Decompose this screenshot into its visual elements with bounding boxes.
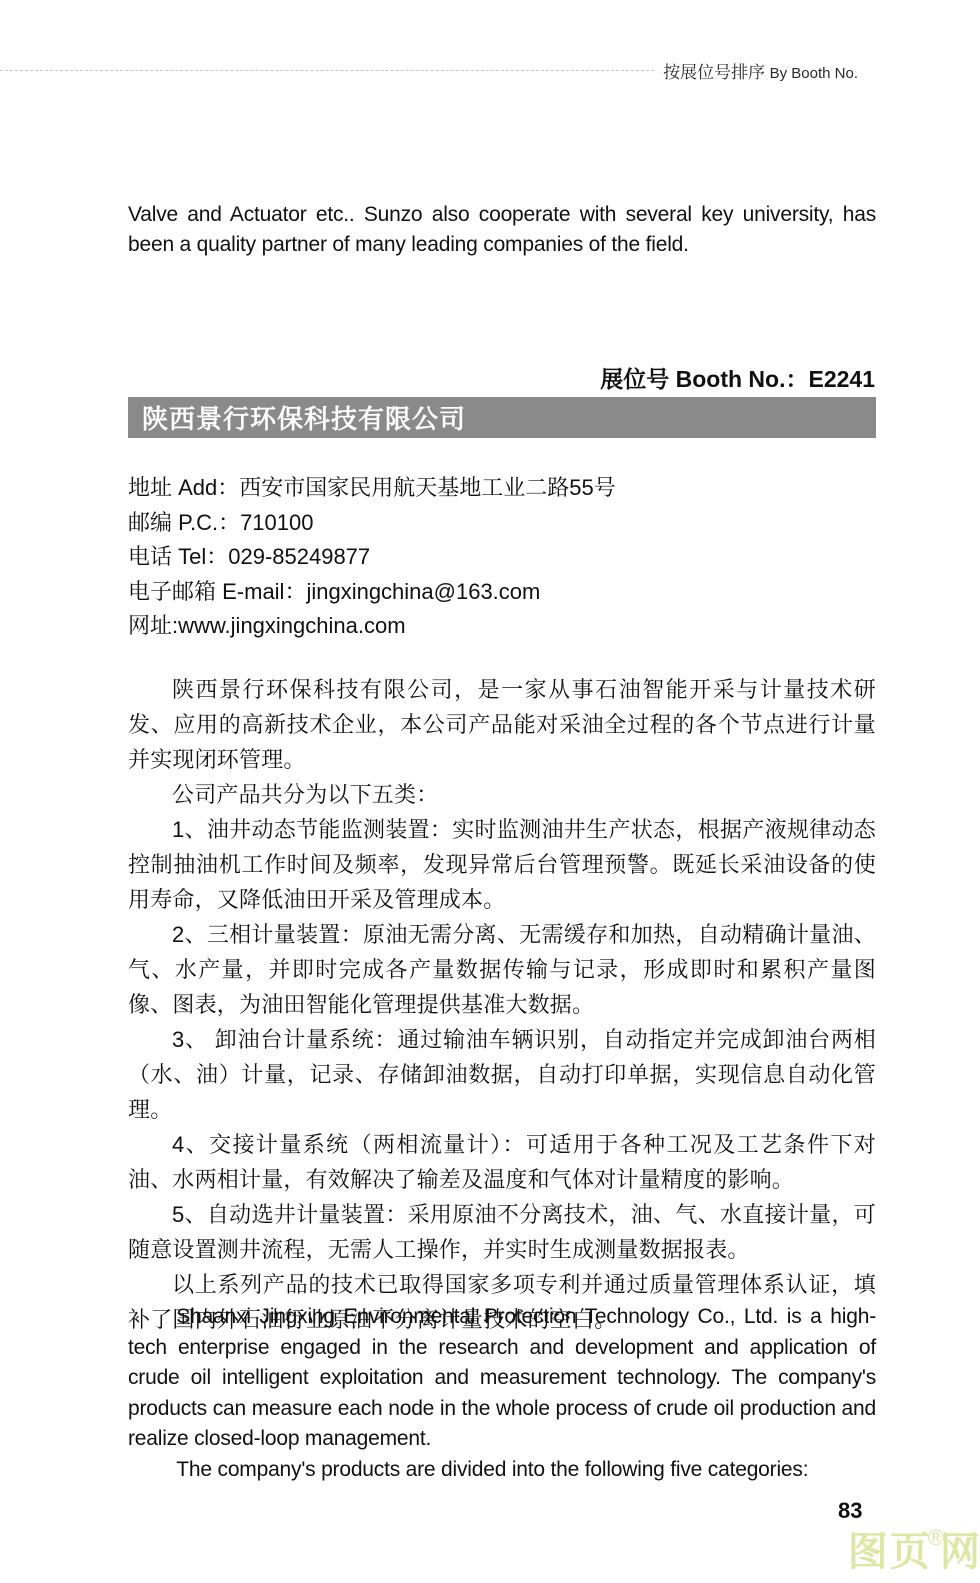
booth-number-value: E2241 bbox=[808, 366, 875, 392]
telephone-line: 电话 Tel：029-85249877 bbox=[128, 540, 876, 575]
company-profile-cn: 陕西景行环保科技有限公司，是一家从事石油智能开采与计量技术研发、应用的高新技术企… bbox=[128, 672, 876, 1337]
sort-order-label-en: By Booth No. bbox=[770, 65, 858, 82]
profile-paragraph: 陕西景行环保科技有限公司，是一家从事石油智能开采与计量技术研发、应用的高新技术企… bbox=[128, 672, 876, 777]
booth-number-label: 展位号 Booth No.： bbox=[600, 366, 808, 392]
company-name: 陕西景行环保科技有限公司 bbox=[142, 399, 466, 436]
profile-paragraph: 公司产品共分为以下五类： bbox=[128, 777, 876, 812]
profile-paragraph: 4、交接计量系统（两相流量计）：可适用于各种工况及工艺条件下对油、水两相计量，有… bbox=[128, 1127, 876, 1197]
watermark-text-left: 图页 bbox=[848, 1530, 932, 1574]
website-line: 网址:www.jingxingchina.com bbox=[128, 609, 876, 644]
header-dotted-line bbox=[0, 70, 654, 71]
page-header: 按展位号排序 By Booth No. bbox=[0, 58, 858, 83]
email-line: 电子邮箱 E-mail：jingxingchina@163.com bbox=[128, 575, 876, 610]
profile-paragraph: Shaanxi Jingxing Environmental Protectio… bbox=[128, 1302, 876, 1455]
profile-paragraph: 1、油井动态节能监测装置：实时监测油井生产状态，根据产液规律动态控制抽油机工作时… bbox=[128, 812, 876, 917]
watermark-logo: 图页®网 bbox=[848, 1520, 980, 1577]
profile-paragraph: 3、 卸油台计量系统：通过输油车辆识别，自动指定并完成卸油台两相（水、油）计量，… bbox=[128, 1022, 876, 1127]
previous-entry-description: Valve and Actuator etc.. Sunzo also coop… bbox=[128, 200, 876, 260]
contact-block: 地址 Add：西安市国家民用航天基地工业二路55号 邮编 P.C.：710100… bbox=[128, 471, 876, 644]
profile-paragraph: The company's products are divided into … bbox=[128, 1455, 876, 1486]
company-profile-en: Shaanxi Jingxing Environmental Protectio… bbox=[128, 1302, 876, 1485]
catalog-page: 按展位号排序 By Booth No. Valve and Actuator e… bbox=[0, 0, 980, 1583]
profile-paragraph: 5、自动选井计量装置：采用原油不分离技术，油、气、水直接计量，可随意设置测井流程… bbox=[128, 1197, 876, 1267]
postal-code-line: 邮编 P.C.：710100 bbox=[128, 506, 876, 541]
sort-order-label: 按展位号排序 By Booth No. bbox=[663, 58, 858, 83]
address-line: 地址 Add：西安市国家民用航天基地工业二路55号 bbox=[128, 471, 876, 506]
profile-paragraph: 2、三相计量装置：原油无需分离、无需缓存和加热，自动精确计量油、气、水产量，并即… bbox=[128, 917, 876, 1022]
sort-order-label-cn: 按展位号排序 bbox=[663, 63, 765, 82]
watermark-text-right: 网 bbox=[940, 1530, 980, 1574]
booth-number-line: 展位号 Booth No.：E2241 bbox=[600, 361, 875, 394]
company-name-banner: 陕西景行环保科技有限公司 bbox=[128, 397, 876, 438]
